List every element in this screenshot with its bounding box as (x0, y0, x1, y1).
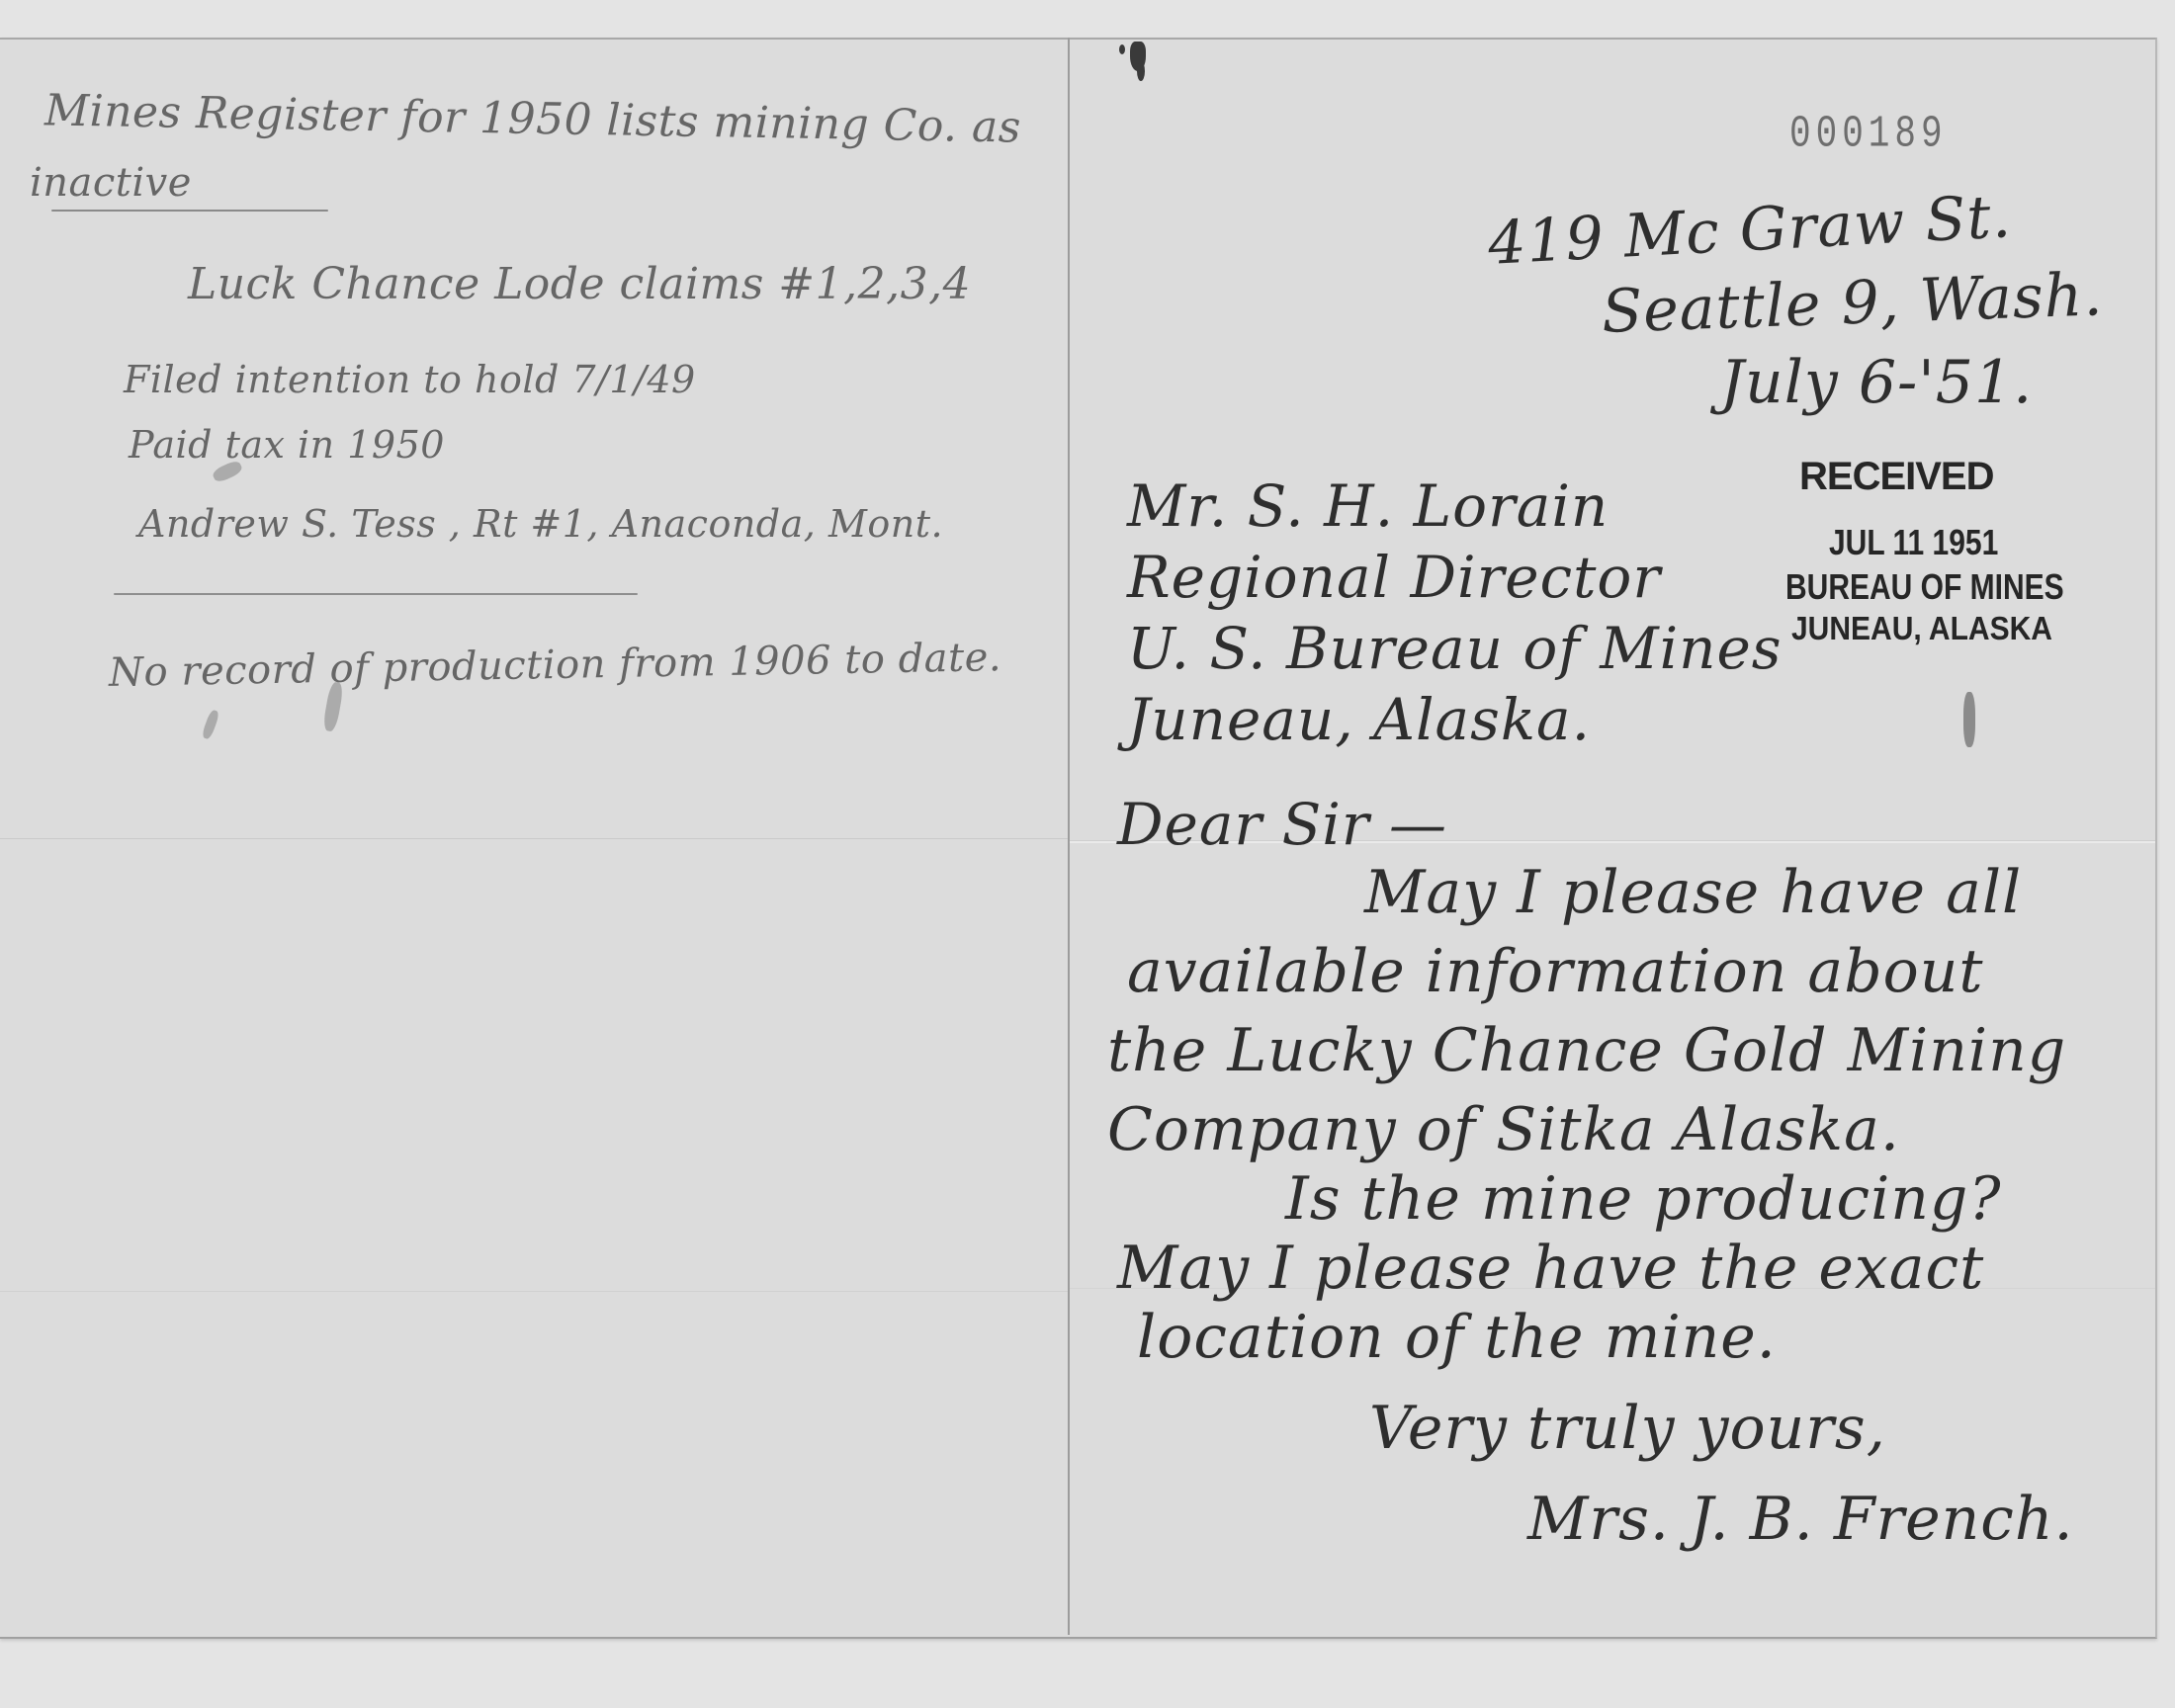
recipient-org: U. S. Bureau of Mines (1127, 615, 1783, 682)
header-note-line2: inactive (30, 160, 192, 206)
body-line: May I please have all (1364, 858, 2022, 927)
body-line: May I please have the exact (1117, 1234, 1984, 1303)
recipient-name: Mr. S. H. Lorain (1127, 472, 1609, 540)
body-line: location of the mine. (1137, 1303, 1777, 1372)
body-line: Company of Sitka Alaska. (1107, 1095, 1900, 1164)
stamp-received-title: RECEIVED (1799, 457, 1994, 496)
detail-paid-tax: Paid tax in 1950 (129, 423, 445, 467)
smudge (1963, 692, 1975, 747)
closing: Very truly yours, (1369, 1394, 1886, 1463)
stamp-location: JUNEAU, ALASKA (1791, 614, 2052, 646)
signature: Mrs. J. B. French. (1527, 1485, 2074, 1554)
body-line: available information about (1127, 937, 1983, 1006)
body-line: Is the mine producing? (1285, 1164, 2001, 1234)
fold-line (0, 838, 1068, 839)
fold-line (0, 1291, 1068, 1292)
separator-rule (114, 593, 638, 595)
stamp-date: JUL 11 1951 (1829, 526, 1998, 561)
ink-blot (1119, 44, 1125, 54)
recipient-title: Regional Director (1127, 544, 1661, 611)
underline-rule (51, 210, 328, 212)
serial-number: 000189 (1789, 109, 1948, 159)
claims-title: Luck Chance Lode claims #1,2,3,4 (188, 259, 971, 309)
page-divider (1068, 38, 1070, 1635)
recipient-location: Juneau, Alaska. (1127, 686, 1591, 753)
salutation: Dear Sir — (1117, 791, 1447, 858)
ink-blot (1137, 61, 1145, 81)
detail-owner-address: Andrew S. Tess , Rt #1, Anaconda, Mont. (138, 502, 943, 546)
detail-filed-intention: Filed intention to hold 7/1/49 (124, 358, 696, 401)
body-line: the Lucky Chance Gold Mining (1107, 1016, 2066, 1085)
letter-date: July 6-'51. (1720, 348, 2033, 417)
stamp-org: BUREAU OF MINES (1785, 570, 2064, 606)
